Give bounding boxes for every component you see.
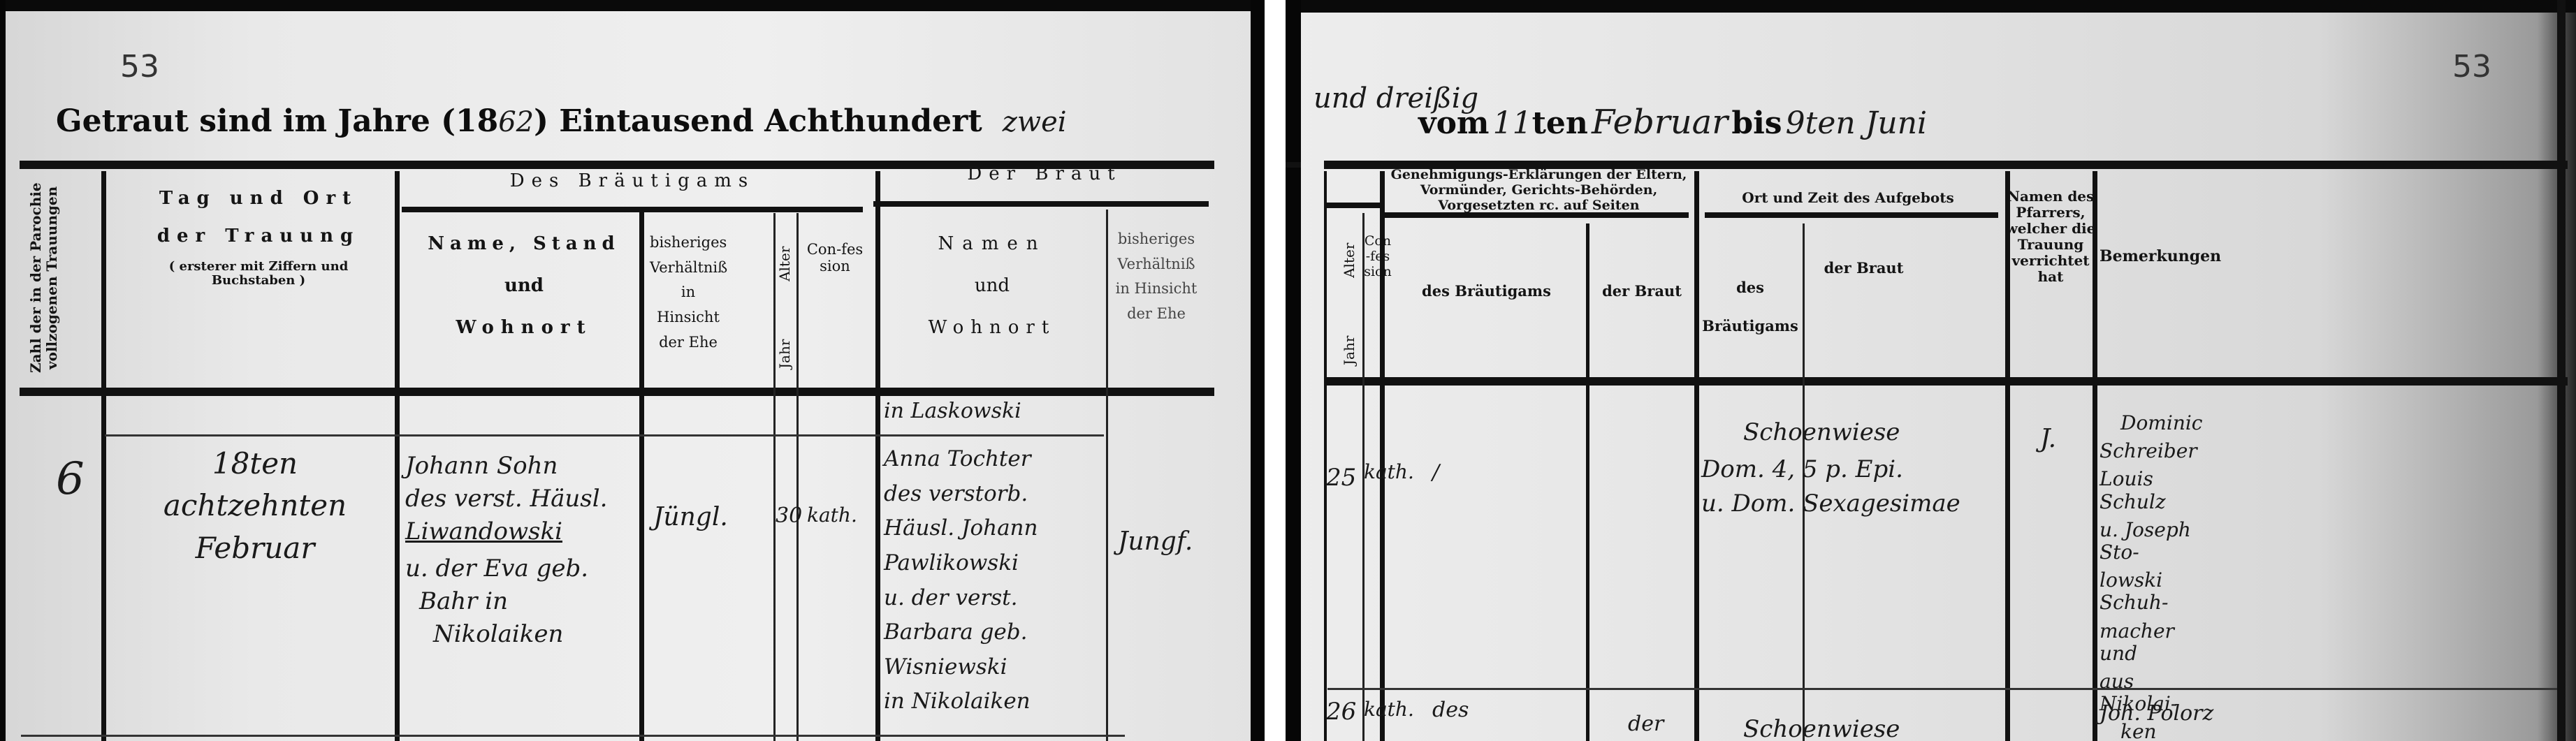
groom-line: Bahr in [405,588,643,615]
title-year-hand: 62 [498,106,534,138]
left-stub-rule [1286,162,1301,168]
binding-shadow [1286,0,1301,741]
banns-line: u. Dom. Sexagesimae [1701,490,2002,518]
entry-bride-above: in Laskowski [884,399,1021,424]
page-number: 53 [2452,49,2491,85]
book-gutter [1265,0,1286,741]
col-divider-3 [1380,171,1385,741]
header-banns-bride: der Braut [1806,260,1921,277]
header-remarks: Bemerkungen [2100,248,2218,265]
col-divider-5 [796,213,799,741]
entry-number: 6 [56,454,85,506]
bride-group-rule [873,201,1209,207]
entry-row-rule [1327,688,2557,690]
groom-line: u. der Eva geb. [405,555,643,582]
entry2-banns: Schoenwiese [1743,716,1900,741]
entry-date: 18ten achtzehnten Februar [122,447,388,565]
page-number: 53 [120,49,159,85]
title-printed: Getraut sind im Jahre (18 [56,103,498,139]
header-consent-groom: des Bräutigams [1387,283,1586,300]
bride-line: Barbara geb. [884,620,1107,645]
entry2-remarks: Joh. Polorz [2100,702,2213,726]
col-divider-5 [1694,171,1699,741]
header-bride-name-line1: Namen [880,234,1104,255]
entry-date-words: achtzehnten [122,489,388,522]
entry-groom-confession: kath. [807,504,857,527]
banns-group-rule [1705,212,1998,218]
entry-bride-status: Jungf. [1118,527,1193,556]
entry-groom-status: Jüngl. [653,503,728,531]
header-bride-status: bisheriges Verhältniß in Hinsicht der Eh… [1111,227,1202,327]
col-divider-4 [773,213,776,741]
header-groom-name: Name, Stand und Wohnort [405,234,643,339]
entry1-pastor: J. [2040,425,2056,453]
header-bottom-rule [1324,377,2568,386]
entry2-bride-age: 26 [1326,698,1356,726]
header-bride-name: Namen und Wohnort [880,234,1104,339]
entry1-banns: Schoenwiese Dom. 4, 5 p. Epi. u. Dom. Se… [1701,419,2002,518]
header-bride-name-line2: und [880,276,1104,297]
header-groom-age: Jahr Alter [777,230,798,384]
header-date-line2: der Trauung [112,226,405,247]
header-consent-group: Genehmigungs-Erklärungen der Eltern, Vor… [1383,168,1694,214]
scan-border [1286,0,2576,13]
entry1-bride-confession: kath. [1364,461,1414,483]
entry-groom: Johann Sohn des verst. Häusl. Liwandowsk… [405,453,643,649]
header-bride-age-top: Alter [1341,242,1358,277]
bride-line: u. der verst. [884,586,1107,611]
banns-line: Schoenwiese [1701,419,2002,446]
header-bride-name-line3: Wohnort [880,318,1104,339]
header-groom-name-line1: Name, Stand [405,234,643,255]
scan-border [0,0,1265,11]
entry2-bride-confession: kath. [1364,698,1414,721]
header-consent-bride: der Braut [1593,283,1691,300]
header-bride-group: Der Braut [880,164,1209,185]
range-day-start: 11 [1493,105,1532,141]
col-divider-1 [1324,171,1327,741]
banns-line: Dom. 4, 5 p. Epi. [1701,456,2002,483]
date-range: vom 11ten Februar bis 9ten Juni [1418,103,1927,142]
groom-group-rule [402,207,863,212]
bride-line: Pawlikowski [884,551,1107,576]
header-pastor: Namen des Pfarrers, welcher die Trauung … [2005,189,2096,285]
bride-line: in Nikolaiken [884,689,1107,714]
groom-line: Nikolaiken [405,621,643,648]
remarks-line: u. Joseph Sto- [2100,519,2215,564]
header-bride-age-bottom: Jahr [1341,335,1358,365]
range-month-start: Februar [1592,103,1728,142]
groom-line: Liwandowski [405,518,643,545]
remarks-line: Dominic [2100,412,2215,434]
header-number-col: Zahl der in der Parochie vollzogenen Tra… [28,171,91,384]
bride-line: Wisniewski [884,655,1107,680]
left-register-page: 53 Getraut sind im Jahre (1862) Eintause… [0,0,1265,741]
header-groom-group: Des Bräutigams [405,171,859,192]
page-edge-shadow [1251,0,1265,741]
entry-date-month: Februar [122,531,388,565]
header-banns-group: Ort und Zeit des Aufgebots [1694,190,2002,206]
range-bis: bis [1731,105,1782,141]
col-divider-1 [101,171,106,741]
remarks-line: Schreiber [2100,440,2215,462]
groom-line: Johann Sohn [405,453,643,480]
remarks-line: macher und [2100,620,2215,665]
header-date-place: Tag und Ort der Trauung ( ersterer mit Z… [112,189,405,288]
header-groom-status: bisheriges Verhältniß in Hinsicht der Eh… [650,230,727,355]
entry1-consent-groom: / [1432,461,1439,485]
bride-line: Anna Tochter [884,447,1107,472]
header-groom-name-line2: und [405,276,643,297]
entry-date-day: 18ten [122,447,388,480]
entry2-consent-bride: der [1628,712,1664,737]
entry1-remarks: Dominic Schreiber Louis Schulz u. Joseph… [2100,412,2215,741]
title-hand-year-word: zwei [1003,106,1067,138]
range-vom: vom [1418,105,1489,141]
page-right-rule [2557,0,2566,741]
col-divider-8 [2093,171,2097,741]
header-bride-confession: Con-fession [1364,234,1392,280]
bride-line: des verstorb. [884,482,1107,507]
header-banns-groom: des Bräutigams [1698,269,1803,345]
entry1-bride-age: 25 [1326,464,1356,492]
header-groom-name-line3: Wohnort [405,318,643,339]
header-date-line1: Tag und Ort [112,189,405,210]
col-divider-7 [2005,171,2010,741]
left-edge-shadow [0,0,6,741]
header-bottom-rule [20,388,1214,396]
bride-line: Häusl. Johann [884,516,1107,541]
range-ten: ten [1532,105,1588,141]
right-register-page: und dreißig 53 vom 11ten Februar bis 9te… [1286,0,2576,741]
col-divider-2 [395,171,400,741]
page-title: Getraut sind im Jahre (1862) Eintausend … [56,103,1067,139]
remarks-line: Louis Schulz [2100,468,2215,513]
left-stub-rule-2 [1324,203,1380,208]
entry-groom-age: 30 [776,504,802,529]
header-groom-confession: Con-fession [803,241,866,274]
header-groom-age-top: Alter [776,246,793,281]
title-printed-2: ) Eintausend Achthundert [534,103,982,139]
entry-bottom-rule [21,735,1125,737]
col-divider-6 [875,171,880,741]
entry-bride: Anna Tochter des verstorb. Häusl. Johann… [884,447,1107,714]
remarks-line: lowski Schuh- [2100,569,2215,614]
entry-row-rule [105,434,1104,436]
header-date-note: ( ersterer mit Ziffern und Buchstaben ) [112,260,405,288]
groom-line: des verst. Häusl. [405,485,643,513]
col-divider-4 [1586,223,1589,741]
header-bride-age: Jahr Alter [1341,230,1362,377]
range-end: 9ten Juni [1786,105,1927,141]
entry2-consent-groom: des [1432,698,1469,723]
header-groom-age-bottom: Jahr [776,339,793,368]
